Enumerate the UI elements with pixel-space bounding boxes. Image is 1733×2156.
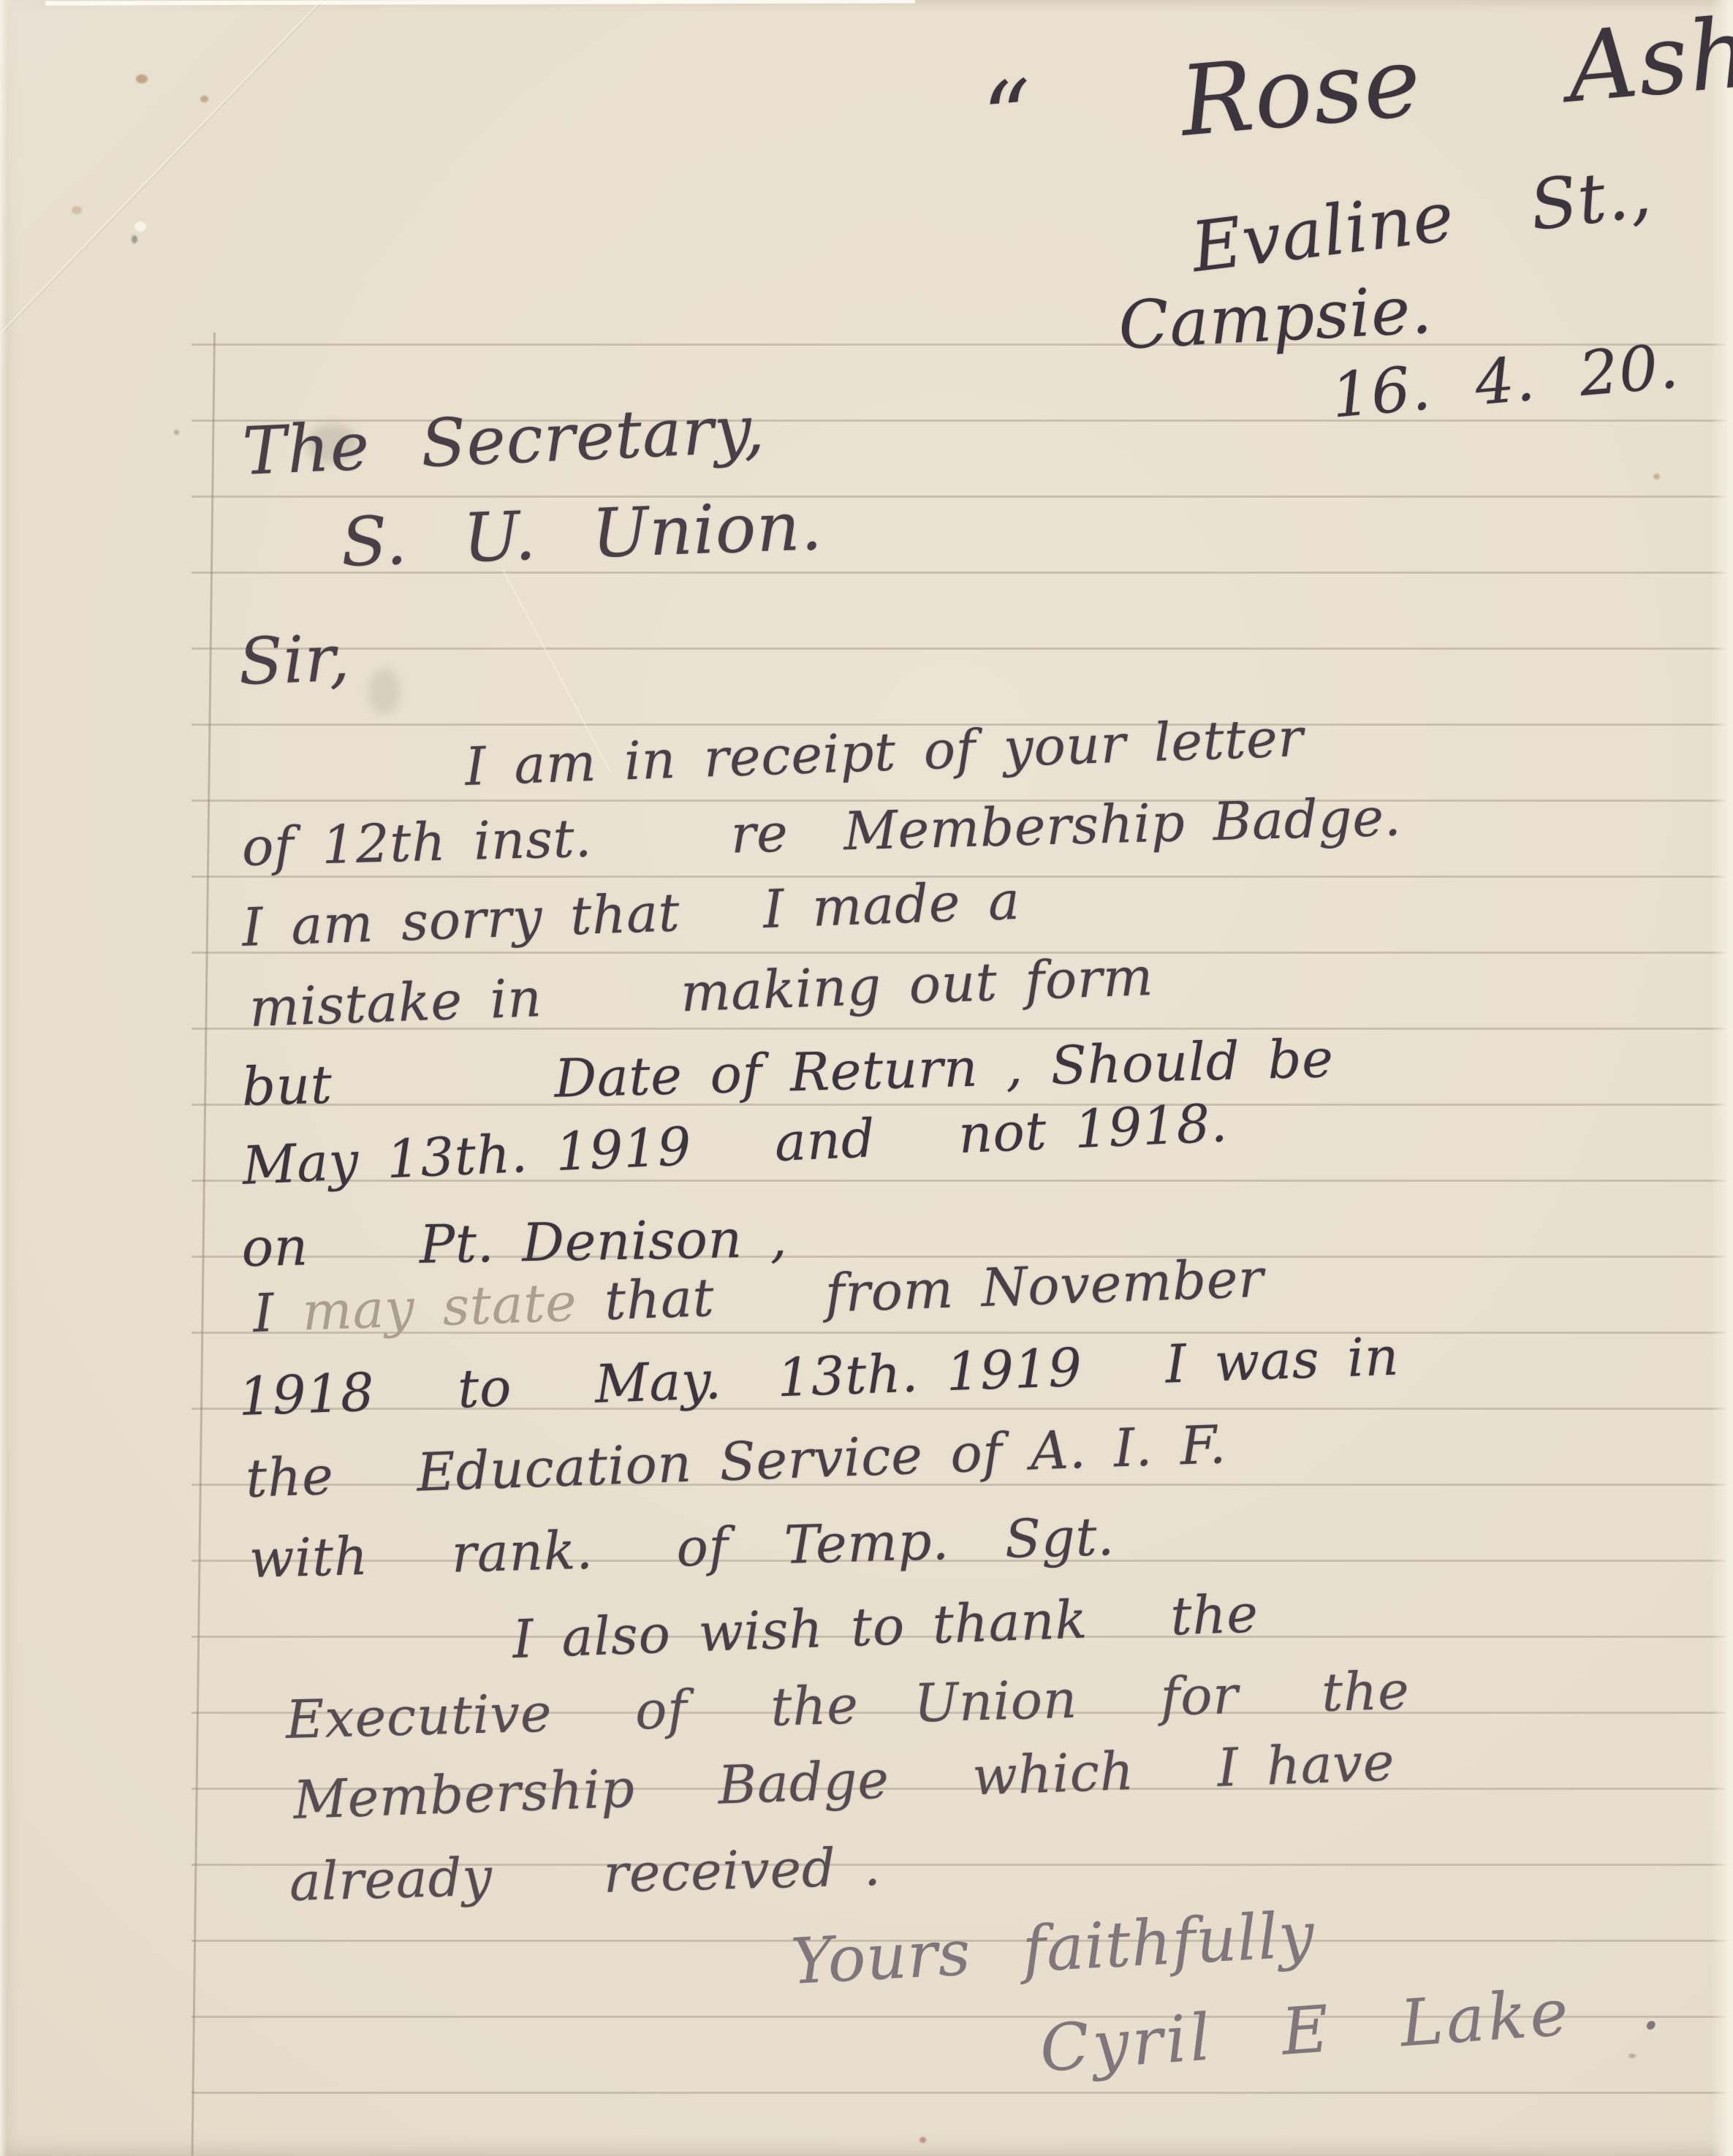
paper-edge-left — [0, 0, 7, 2156]
foxing-spot — [200, 96, 208, 102]
body-line-8-faint-words: may state — [301, 1272, 578, 1343]
corner-fold-shading — [0, 0, 336, 365]
recipient-line-2: S. U. Union. — [340, 491, 824, 579]
foxing-spot — [919, 2137, 926, 2143]
foxing-spot — [1653, 474, 1660, 479]
pencil-smudge — [369, 669, 400, 714]
foxing-spot — [72, 206, 82, 214]
address-locality: Campsie. — [1117, 276, 1434, 362]
paper-edge-right — [1711, 0, 1733, 2156]
ink-fleck — [132, 235, 137, 243]
foxing-spot — [136, 75, 148, 83]
letter-page: “ Rose Ash ”, Evaline St., Campsie. 16. … — [0, 0, 1733, 2156]
paper-hole — [134, 221, 146, 232]
ink-fleck — [1628, 2054, 1636, 2058]
body-line-8-start: I — [252, 1281, 303, 1344]
salutation: Sir, — [238, 625, 351, 696]
body-line-7: on Pt. Denison , — [241, 1211, 788, 1276]
ink-fleck — [174, 430, 179, 435]
